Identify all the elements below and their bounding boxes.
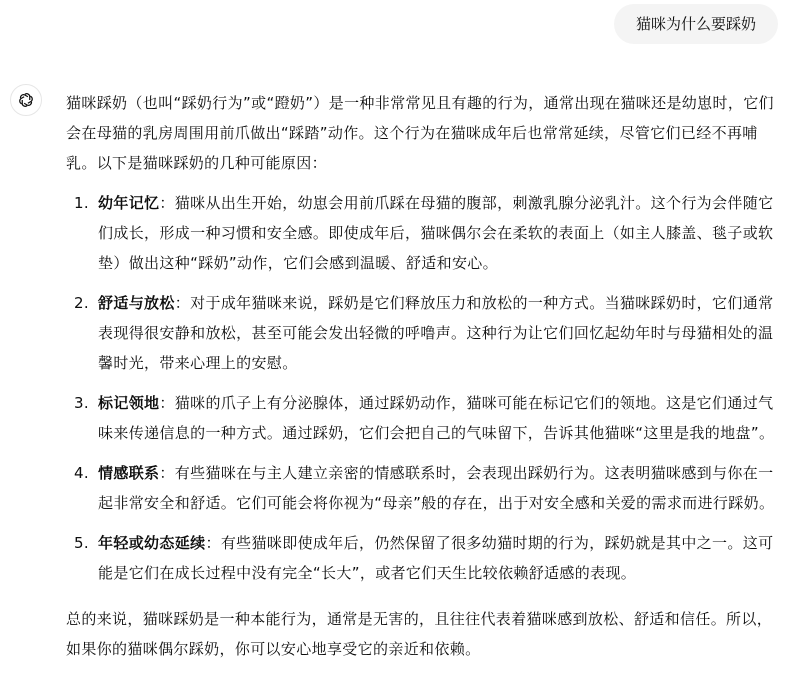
intro-paragraph: 猫咪踩奶（也叫“踩奶行为”或“蹬奶”）是一种非常常见且有趣的行为，通常出现在猫咪… <box>66 88 782 178</box>
assistant-avatar <box>10 84 42 116</box>
summary-paragraph: 总的来说，猫咪踩奶是一种本能行为，通常是无害的，且往往代表着猫咪感到放松、舒适和… <box>66 604 782 664</box>
list-item-text: 猫咪从出生开始，幼崽会用前爪踩在母猫的腹部，刺激乳腺分泌乳汁。这个行为会伴随它们… <box>98 194 773 272</box>
list-number: 2. <box>74 288 89 318</box>
list-number: 1. <box>74 188 89 218</box>
user-message-bubble: 猫咪为什么要踩奶 <box>614 4 778 44</box>
user-message-row: 猫咪为什么要踩奶 <box>614 4 778 44</box>
list-item: 3. 标记领地：猫咪的爪子上有分泌腺体，通过踩奶动作，猫咪可能在标记它们的领地。… <box>66 388 782 448</box>
list-item: 2. 舒适与放松：对于成年猫咪来说，踩奶是它们释放压力和放松的一种方式。当猫咪踩… <box>66 288 782 378</box>
list-item-separator: ： <box>175 294 190 312</box>
list-item-separator: ： <box>205 534 220 552</box>
list-number: 4. <box>74 458 89 488</box>
openai-logo-icon <box>17 91 35 109</box>
list-item-title: 年轻或幼态延续 <box>98 534 205 552</box>
assistant-message-content: 猫咪踩奶（也叫“踩奶行为”或“蹬奶”）是一种非常常见且有趣的行为，通常出现在猫咪… <box>66 88 782 664</box>
list-item: 1. 幼年记忆：猫咪从出生开始，幼崽会用前爪踩在母猫的腹部，刺激乳腺分泌乳汁。这… <box>66 188 782 278</box>
list-item-text: 对于成年猫咪来说，踩奶是它们释放压力和放松的一种方式。当猫咪踩奶时，它们通常表现… <box>98 294 773 372</box>
list-item-text: 有些猫咪在与主人建立亲密的情感联系时，会表现出踩奶行为。这表明猫咪感到与你在一起… <box>98 464 774 512</box>
list-item-title: 标记领地 <box>98 394 159 412</box>
list-item-title: 情感联系 <box>98 464 159 482</box>
list-number: 5. <box>74 528 89 558</box>
reasons-list: 1. 幼年记忆：猫咪从出生开始，幼崽会用前爪踩在母猫的腹部，刺激乳腺分泌乳汁。这… <box>66 188 782 588</box>
list-item: 5. 年轻或幼态延续：有些猫咪即使成年后，仍然保留了很多幼猫时期的行为，踩奶就是… <box>66 528 782 588</box>
list-item-title: 幼年记忆 <box>98 194 159 212</box>
list-item: 4. 情感联系：有些猫咪在与主人建立亲密的情感联系时，会表现出踩奶行为。这表明猫… <box>66 458 782 518</box>
list-item-separator: ： <box>159 394 174 412</box>
list-item-separator: ： <box>159 194 174 212</box>
list-item-text: 猫咪的爪子上有分泌腺体，通过踩奶动作，猫咪可能在标记它们的领地。这是它们通过气味… <box>98 394 774 442</box>
list-number: 3. <box>74 388 89 418</box>
list-item-separator: ： <box>159 464 174 482</box>
list-item-title: 舒适与放松 <box>98 294 175 312</box>
